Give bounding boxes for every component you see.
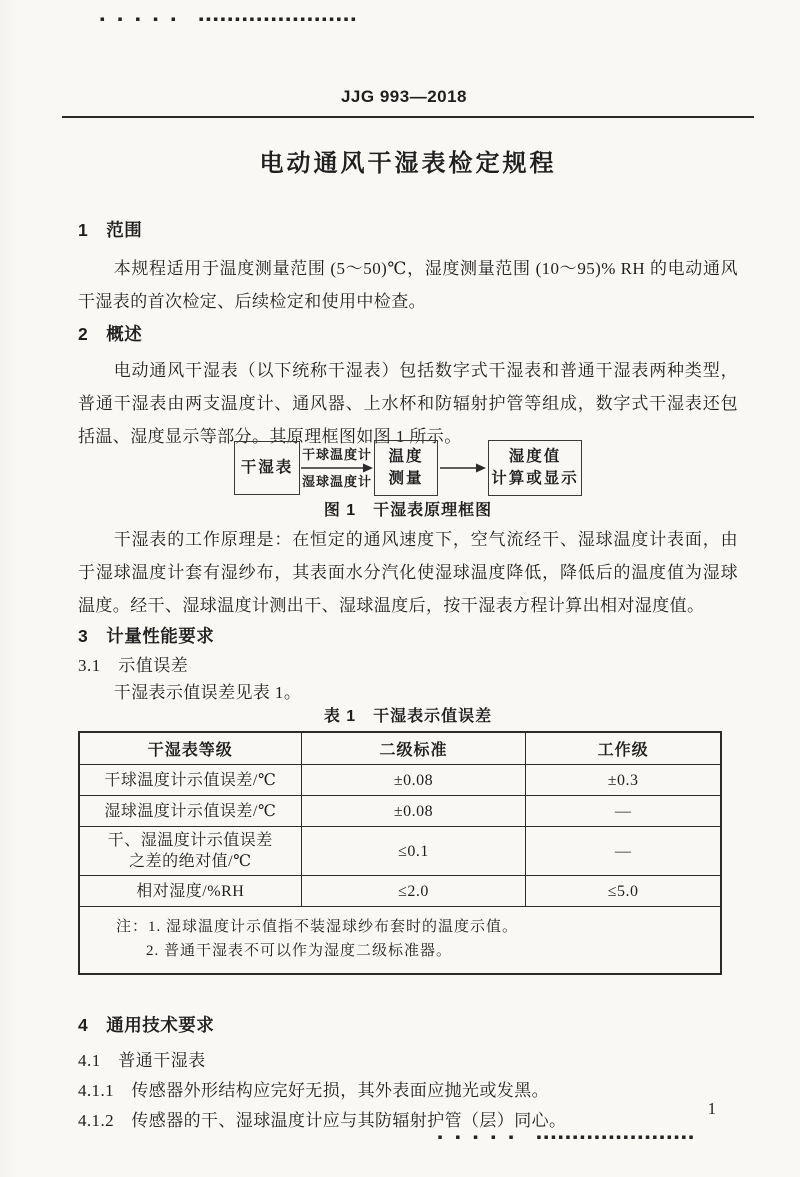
dots-dense: ▪▪▪▪▪▪▪▪▪▪▪▪▪▪▪▪▪▪▪▪▪▪	[537, 1133, 696, 1141]
table-header-secondary-standard: 二级标准	[301, 732, 526, 765]
right-arrow-icon	[440, 463, 486, 473]
arrow-label-wet-bulb: 湿球温度计	[302, 474, 372, 489]
row-value-working: ≤5.0	[526, 876, 721, 907]
registration-dots-bottom: ▪▪▪▪▪ ▪▪▪▪▪▪▪▪▪▪▪▪▪▪▪▪▪▪▪▪▪▪	[438, 1124, 696, 1143]
doc-number: JJG 993—2018	[78, 88, 730, 105]
section-4-heading: 4 通用技术要求	[78, 1013, 738, 1037]
section-2-heading: 2 概述	[78, 322, 738, 346]
row-label: 湿球温度计示值误差/℃	[79, 796, 301, 827]
section-1-paragraph: 本规程适用于温度测量范围 (5～50)℃，湿度测量范围 (10～95)% RH …	[78, 252, 738, 318]
section-4-1-1-text: 4.1.1 传感器外形结构应完好无损，其外表面应抛光或发黑。	[78, 1078, 738, 1104]
row-value-secondary: ≤2.0	[301, 876, 526, 907]
diagram-arrow-labeled: 干球温度计 湿球温度计	[301, 447, 373, 489]
section-2-paragraph: 电动通风干湿表（以下统称干湿表）包括数字式干湿表和普通干湿表两种类型，普通干湿表…	[78, 354, 738, 453]
row-label: 相对湿度/%RH	[79, 876, 301, 907]
page-title: 电动通风干湿表检定规程	[78, 150, 738, 178]
table-note-2: 2. 普通干湿表不可以作为湿度二级标准器。	[146, 939, 714, 963]
header-rule	[62, 116, 754, 118]
dots-dense: ▪▪▪▪▪▪▪▪▪▪▪▪▪▪▪▪▪▪▪▪▪▪	[199, 15, 358, 23]
diagram-box-temperature-measurement: 温度 测量	[374, 440, 438, 496]
dots-spaced: ▪▪▪▪▪	[100, 15, 189, 23]
row-value-secondary: ±0.08	[301, 765, 526, 796]
row-value-working: —	[526, 827, 721, 876]
diagram-box-psychrometer-label: 干湿表	[241, 457, 294, 479]
table-notes-cell: 注：1. 湿球温度计示值指不装湿球纱布套时的温度示值。 2. 普通干湿表不可以作…	[79, 907, 721, 975]
diagram-box2-line2: 测量	[388, 468, 423, 490]
row-value-working: —	[526, 796, 721, 827]
row-value-secondary: ±0.08	[301, 796, 526, 827]
table-header-row: 干湿表等级 二级标准 工作级	[79, 732, 721, 765]
diagram-box3-line2: 计算或显示	[491, 468, 579, 490]
registration-dots-top: ▪▪▪▪▪ ▪▪▪▪▪▪▪▪▪▪▪▪▪▪▪▪▪▪▪▪▪▪	[100, 6, 358, 25]
table-row: 干球温度计示值误差/℃ ±0.08 ±0.3	[79, 765, 721, 796]
dots-spaced: ▪▪▪▪▪	[438, 1133, 527, 1141]
section-4-1-heading: 4.1 普通干湿表	[78, 1049, 738, 1073]
diagram-box-psychrometer: 干湿表	[234, 441, 300, 495]
page-number: 1	[708, 1099, 716, 1119]
arrow-label-dry-bulb: 干球温度计	[302, 447, 372, 462]
row-value-secondary: ≤0.1	[301, 827, 526, 876]
working-principle-paragraph: 干湿表的工作原理是：在恒定的通风速度下，空气流经干、湿球温度计表面，由于湿球温度…	[78, 523, 738, 622]
section-1-heading: 1 范围	[78, 218, 738, 242]
row-value-working: ±0.3	[526, 765, 721, 796]
section-3-heading: 3 计量性能要求	[78, 624, 738, 648]
table-header-grade: 干湿表等级	[79, 732, 301, 765]
row-label: 干、湿温度计示值误差 之差的绝对值/℃	[79, 827, 301, 876]
table-1-caption: 表 1 干湿表示值误差	[78, 706, 738, 728]
figure-1-caption: 图 1 干湿表原理框图	[78, 501, 738, 521]
table-row: 干、湿温度计示值误差 之差的绝对值/℃ ≤0.1 —	[79, 827, 721, 876]
section-3-1-heading: 3.1 示值误差	[78, 654, 738, 678]
right-arrow-icon	[301, 463, 373, 473]
table-1: 干湿表等级 二级标准 工作级 干球温度计示值误差/℃ ±0.08 ±0.3 湿球…	[78, 731, 722, 975]
table-header-working-grade: 工作级	[526, 732, 721, 765]
section-3-1-text: 干湿表示值误差见表 1。	[78, 680, 738, 706]
table-row: 相对湿度/%RH ≤2.0 ≤5.0	[79, 876, 721, 907]
table-notes-row: 注：1. 湿球温度计示值指不装湿球纱布套时的温度示值。 2. 普通干湿表不可以作…	[79, 907, 721, 975]
table-row: 湿球温度计示值误差/℃ ±0.08 —	[79, 796, 721, 827]
diagram-box-humidity-output: 湿度值 计算或显示	[488, 440, 582, 496]
table-note-1: 注：1. 湿球温度计示值指不装湿球纱布套时的温度示值。	[116, 915, 714, 939]
diagram-box2-line1: 温度	[388, 446, 423, 468]
row-label: 干球温度计示值误差/℃	[79, 765, 301, 796]
document-page: ▪▪▪▪▪ ▪▪▪▪▪▪▪▪▪▪▪▪▪▪▪▪▪▪▪▪▪▪ JJG 993—201…	[0, 0, 800, 1177]
diagram-box3-line1: 湿度值	[509, 446, 562, 468]
